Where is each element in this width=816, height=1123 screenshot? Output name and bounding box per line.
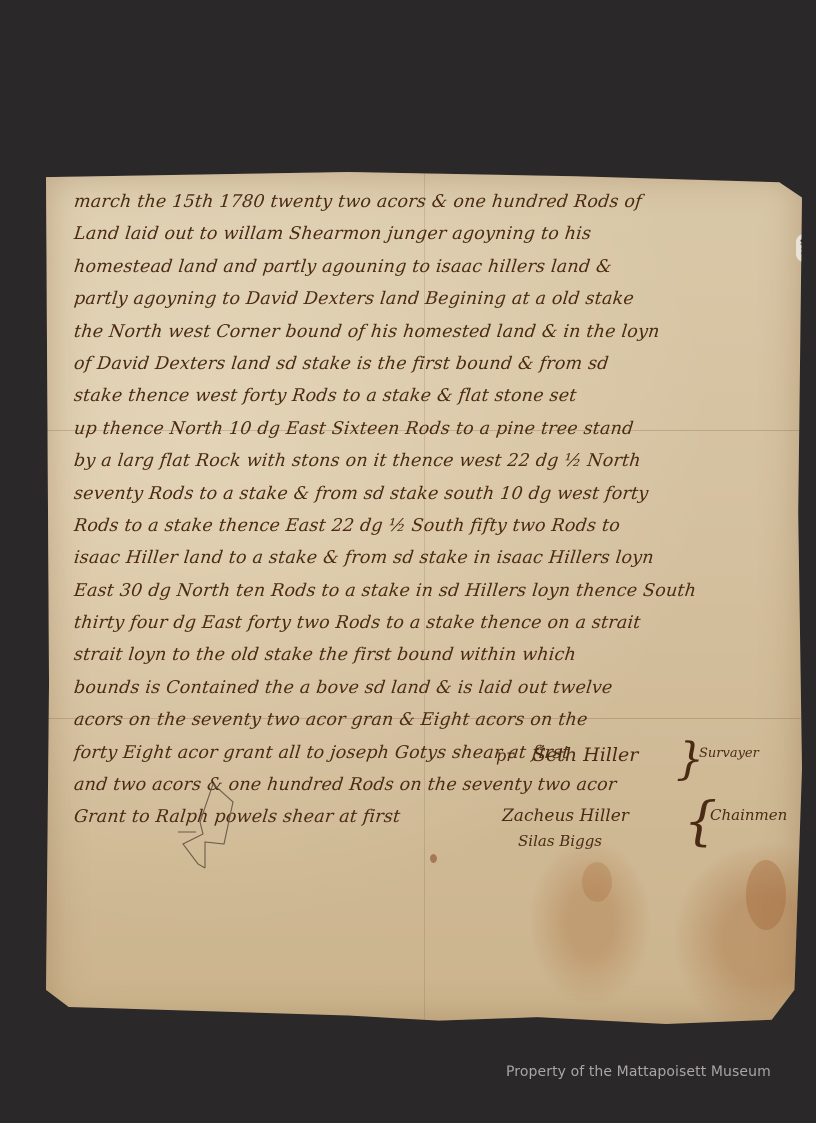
surveyor-name: Seth Hiller bbox=[533, 744, 638, 766]
text-line: bounds is Contained the a bove sd land &… bbox=[72, 672, 795, 704]
text-line: the North west Corner bound of his homes… bbox=[72, 316, 795, 348]
text-line: seventy Rods to a stake & from sd stake … bbox=[72, 478, 795, 510]
text-line: East 30 dg North ten Rods to a stake in … bbox=[72, 575, 795, 607]
text-line: thirty four dg East forty two Rods to a … bbox=[72, 607, 795, 639]
plot-sketch-drawing bbox=[166, 772, 246, 872]
text-line: stake thence west forty Rods to a stake … bbox=[72, 380, 795, 412]
stamp-line-2: 33 bbox=[796, 247, 816, 256]
chainmen-role: Chainmen bbox=[710, 806, 787, 824]
text-line: of David Dexters land sd stake is the fi… bbox=[72, 348, 795, 380]
text-line: by a larg flat Rock with stons on it the… bbox=[72, 445, 795, 477]
museum-watermark: Property of the Mattapoisett Museum bbox=[506, 1064, 771, 1080]
ink-spot bbox=[430, 854, 437, 863]
surveyor-signature: pr Seth Hiller bbox=[496, 744, 638, 766]
stain bbox=[746, 860, 786, 930]
stamp-line-1: SV bbox=[796, 238, 816, 247]
manuscript-page: march the 15th 1780 twenty two acors & o… bbox=[46, 172, 802, 1024]
stain bbox=[582, 862, 612, 902]
text-line: up thence North 10 dg East Sixteen Rods … bbox=[72, 413, 795, 445]
surveyor-prefix: pr bbox=[496, 746, 514, 765]
text-line: acors on the seventy two acor gran & Eig… bbox=[72, 704, 795, 736]
chainman-2-signature: Silas Biggs bbox=[518, 832, 602, 850]
catalog-number-stamp: SV 33 bbox=[796, 234, 816, 262]
text-line: march the 15th 1780 twenty two acors & o… bbox=[72, 186, 795, 218]
chainman-1-signature: Zacheus Hiller bbox=[502, 806, 629, 826]
text-line: Rods to a stake thence East 22 dg ½ Sout… bbox=[72, 510, 795, 542]
text-line: partly agoyning to David Dexters land Be… bbox=[72, 283, 795, 315]
text-line: isaac Hiller land to a stake & from sd s… bbox=[72, 542, 795, 574]
surveyor-role: Survayer bbox=[699, 746, 759, 761]
text-line: strait loyn to the old stake the first b… bbox=[72, 639, 795, 671]
text-line: Land laid out to willam Shearmon junger … bbox=[72, 218, 795, 250]
text-line: homestead land and partly agouning to is… bbox=[72, 251, 795, 283]
